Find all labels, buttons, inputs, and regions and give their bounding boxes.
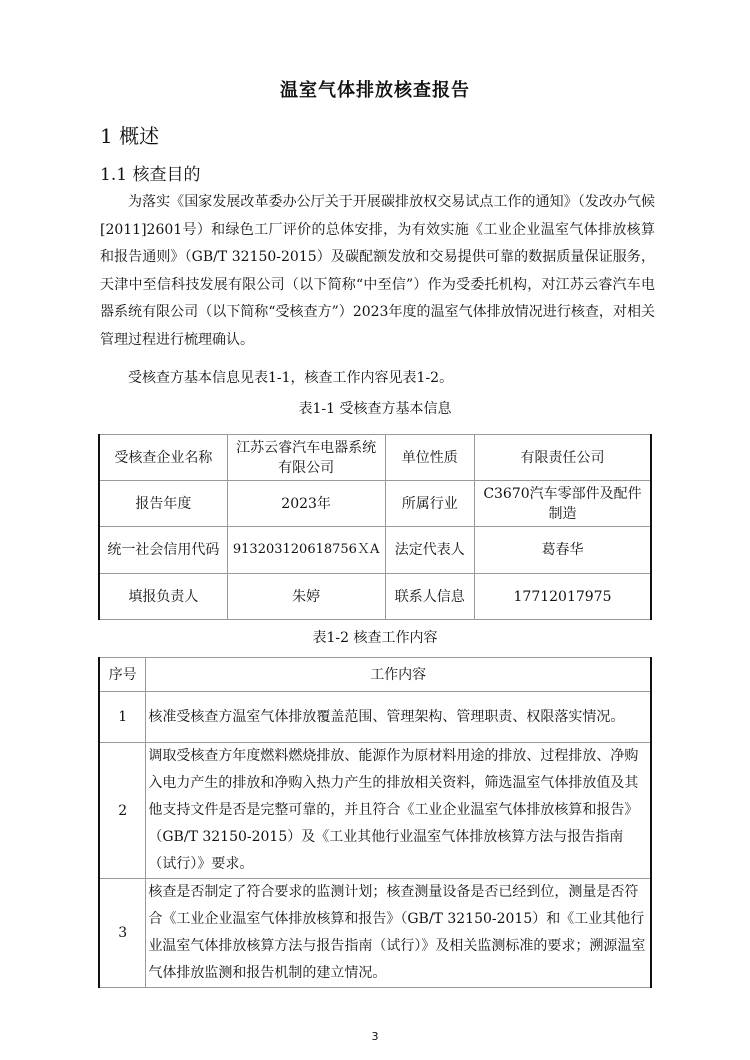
table2-caption: 表1-2 核查工作内容	[0, 627, 750, 647]
table-row: 2 调取受核查方年度燃料燃烧排放、能源作为原材料用途的排放、过程排放、净购入电力…	[99, 743, 651, 879]
row-index: 2	[99, 743, 146, 879]
table-cell: 统一社会信用代码	[99, 527, 227, 574]
table-cell: 法定代表人	[385, 527, 474, 574]
work-content-table: 序号 工作内容 1 核准受核查方温室气体排放覆盖范围、管理架构、管理职责、权限落…	[98, 657, 652, 988]
table1-caption: 表1-1 受核查方基本信息	[0, 398, 750, 418]
paragraph-table-reference: 受核查方基本信息见表1-1，核查工作内容见表1-2。	[100, 365, 655, 393]
table-header-row: 序号 工作内容	[99, 658, 651, 692]
table-cell: 913203120618756ＸA	[227, 527, 385, 574]
document-page: 温室气体排放核查报告 1 概述 1.1 核查目的 为落实《国家发展改革委办公厅关…	[0, 0, 750, 1060]
table-cell: 江苏云睿汽车电器系统有限公司	[227, 435, 385, 481]
table-cell: 17712017975	[474, 574, 651, 620]
table-row: 1 核准受核查方温室气体排放覆盖范围、管理架构、管理职责、权限落实情况。	[99, 692, 651, 743]
paragraph-purpose: 为落实《国家发展改革委办公厅关于开展碳排放权交易试点工作的通知》（发改办气候[2…	[100, 189, 655, 354]
table-cell: 填报负责人	[99, 574, 227, 620]
table-cell: C3670汽车零部件及配件制造	[474, 481, 651, 527]
table-cell: 报告年度	[99, 481, 227, 527]
subsection-heading: 1.1 核查目的	[100, 160, 200, 185]
header-cell-content: 工作内容	[146, 658, 651, 692]
table-row: 填报负责人 朱婷 联系人信息 17712017975	[99, 574, 651, 620]
header-cell-index: 序号	[99, 658, 146, 692]
row-content: 调取受核查方年度燃料燃烧排放、能源作为原材料用途的排放、过程排放、净购入电力产生…	[146, 743, 651, 879]
row-content: 核准受核查方温室气体排放覆盖范围、管理架构、管理职责、权限落实情况。	[146, 692, 651, 743]
table-cell: 葛春华	[474, 527, 651, 574]
table-cell: 有限责任公司	[474, 435, 651, 481]
table-cell: 所属行业	[385, 481, 474, 527]
row-index: 1	[99, 692, 146, 743]
page-number: 3	[0, 1030, 750, 1043]
table-cell: 朱婷	[227, 574, 385, 620]
row-content: 核查是否制定了符合要求的监测计划；核查测量设备是否已经到位，测量是否符合《工业企…	[146, 879, 651, 988]
table-cell: 联系人信息	[385, 574, 474, 620]
table-cell: 受核查企业名称	[99, 435, 227, 481]
table-cell: 2023年	[227, 481, 385, 527]
basic-info-table: 受核查企业名称 江苏云睿汽车电器系统有限公司 单位性质 有限责任公司 报告年度 …	[98, 434, 652, 620]
section-heading: 1 概述	[100, 120, 159, 149]
table-row: 统一社会信用代码 913203120618756ＸA 法定代表人 葛春华	[99, 527, 651, 574]
table-cell: 单位性质	[385, 435, 474, 481]
document-title: 温室气体排放核查报告	[0, 76, 750, 102]
table-row: 受核查企业名称 江苏云睿汽车电器系统有限公司 单位性质 有限责任公司	[99, 435, 651, 481]
table-row: 3 核查是否制定了符合要求的监测计划；核查测量设备是否已经到位，测量是否符合《工…	[99, 879, 651, 988]
table-row: 报告年度 2023年 所属行业 C3670汽车零部件及配件制造	[99, 481, 651, 527]
row-index: 3	[99, 879, 146, 988]
